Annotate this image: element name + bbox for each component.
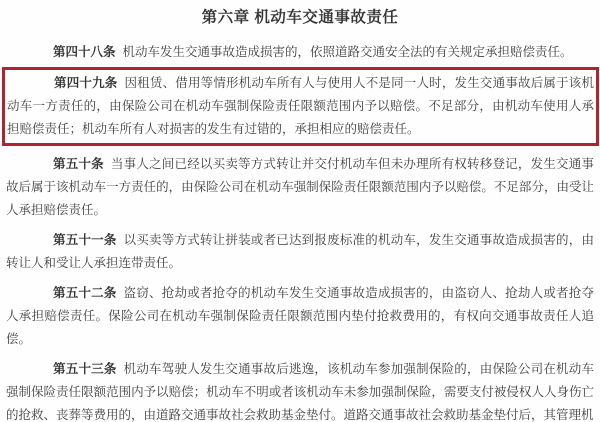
article-53-number: 第五十三条	[53, 362, 117, 376]
article-53-paragraph: 第五十三条机动车驾驶人发生交通事故后逃逸，该机动车参加强制保险的，由保险公司在机…	[0, 358, 600, 422]
article-49-number: 第四十九条	[54, 76, 117, 90]
article-51-paragraph: 第五十一条以买卖等方式转让拼装或者已达到报废标准的机动车，发生交通事故造成损害的…	[0, 229, 600, 275]
article-48-paragraph: 第四十八条机动车发生交通事故造成损害的，依照道路交通安全法的有关规定承担赔偿责任…	[0, 41, 600, 64]
article-52-number: 第五十二条	[53, 286, 117, 300]
article-50-paragraph: 第五十条当事人之间已经以买卖等方式转让并交付机动车但未办理所有权转移登记，发生交…	[0, 153, 600, 222]
chapter-title: 第六章 机动车交通事故责任	[0, 7, 600, 28]
legal-document-page: 第六章 机动车交通事故责任 第四十八条机动车发生交通事故造成损害的，依照道路交通…	[0, 0, 600, 422]
article-48-number: 第四十八条	[53, 45, 116, 59]
article-49-paragraph: 第四十九条因租赁、借用等情形机动车所有人与使用人不是同一人时，发生交通事故后属于…	[5, 72, 596, 141]
article-50-number: 第五十条	[53, 157, 104, 171]
article-51-number: 第五十一条	[53, 233, 117, 247]
article-48-text: 机动车发生交通事故造成损害的，依照道路交通安全法的有关规定承担赔偿责任。	[123, 45, 573, 59]
article-52-paragraph: 第五十二条盗窃、抢劫或者抢夺的机动车发生交通事故造成损害的，由盗窃人、抢劫人或者…	[0, 282, 600, 351]
article-49-highlight-box: 第四十九条因租赁、借用等情形机动车所有人与使用人不是同一人时，发生交通事故后属于…	[2, 67, 599, 146]
